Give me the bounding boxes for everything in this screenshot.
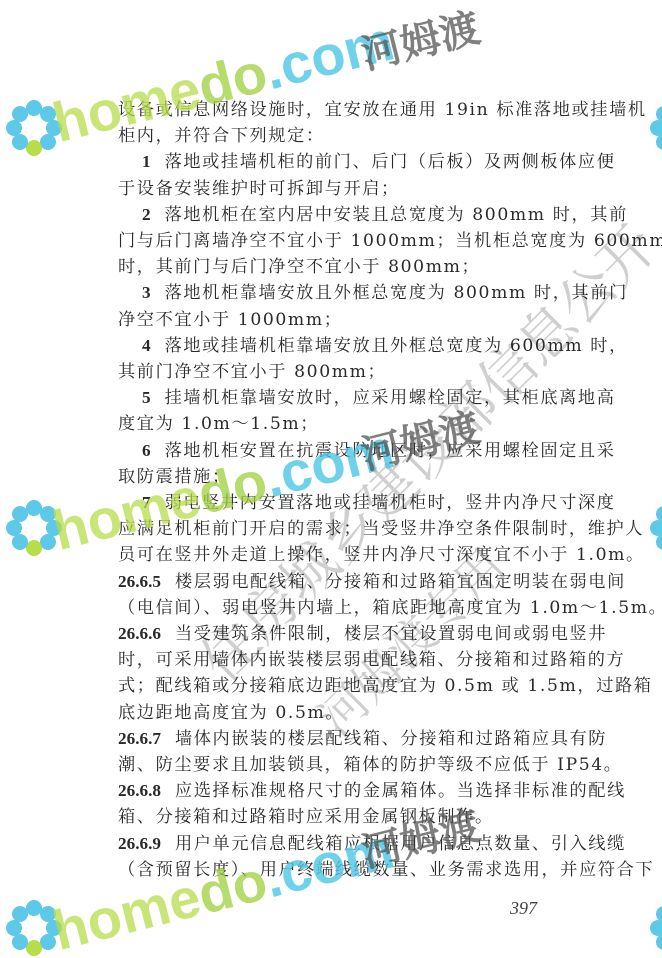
line-text: 其前门净空不宜小于 800mm； (118, 362, 386, 382)
line-text: 门与后门离墙净空不宜小于 1000mm；当机柜总宽度为 600mm (118, 231, 662, 251)
line-text: （电信间）、弱电竖井内墙上，箱底距地高度宜为 1.0m～1.5m。 (118, 598, 662, 618)
line-text: 落地机柜在室内居中安装且总宽度为 800mm 时，其前 (165, 205, 628, 225)
petal-icon (26, 540, 42, 556)
text-line: 取防震措施； (118, 465, 231, 489)
item-number: 3 (142, 283, 151, 302)
line-text: 墙体内嵌装的楼层配线箱、分接箱和过路箱应具有防 (175, 729, 607, 749)
petal-icon (40, 506, 56, 522)
petal-icon (12, 134, 28, 150)
line-text: 应满足机柜前门开启的需求；当受竖井净空条件限制时，维护人 (118, 519, 644, 539)
petal-icon (12, 934, 28, 950)
line-text: 于设备安装维护时可拆卸与开启； (118, 179, 400, 199)
line-text: 员可在竖井外走道上操作，竖井内净尺寸深度宜不小于 1.0m。 (118, 545, 645, 565)
line-text: 设备或信息网络设施时，宜安放在通用 19in 标准落地或挂墙机 (118, 100, 647, 120)
clause-number: 26.6.9 (118, 834, 161, 853)
line-text: 落地或挂墙机柜靠墙安放且外框总宽度为 600mm 时， (165, 336, 628, 356)
list-item-line: 1落地或挂墙机柜的前门、后门（后板）及两侧板体应便 (118, 150, 616, 174)
line-text: 落地或挂墙机柜的前门、后门（后板）及两侧板体应便 (165, 152, 616, 172)
line-text: 应选择标准规格尺寸的金属箱体。当选择非标准的配线 (175, 781, 626, 801)
text-line: 潮、防尘要求且加装锁具，箱体的防护等级不应低于 IP54。 (118, 753, 623, 777)
petal-icon (26, 900, 42, 916)
text-line: 设备或信息网络设施时，宜安放在通用 19in 标准落地或挂墙机 (118, 98, 647, 122)
petal-icon (650, 120, 662, 136)
petal-icon (40, 534, 56, 550)
line-text: 弱电竖井内安置落地或挂墙机柜时，竖井内净尺寸深度 (165, 493, 616, 513)
line-text: 式；配线箱或分接箱底边距地高度宜为 0.5m 或 1.5m，过路箱 (118, 676, 653, 696)
flower-logo-icon (4, 898, 64, 958)
text-line: 于设备安装维护时可拆卸与开启； (118, 177, 400, 201)
petal-icon (656, 906, 662, 922)
line-text: 落地机柜安置在抗震设防地区时，应采用螺栓固定且采 (165, 441, 616, 461)
list-item-line: 3落地机柜靠墙安放且外框总宽度为 800mm 时，其前门 (118, 281, 628, 305)
petal-icon (26, 500, 42, 516)
watermark-cn: 河姆渡 (355, 0, 485, 81)
petal-icon (46, 120, 62, 136)
petal-icon (656, 934, 662, 950)
text-line: 式；配线箱或分接箱底边距地高度宜为 0.5m 或 1.5m，过路箱 (118, 674, 653, 698)
petal-icon (6, 920, 22, 936)
item-number: 7 (142, 493, 151, 512)
line-text: 潮、防尘要求且加装锁具，箱体的防护等级不应低于 IP54。 (118, 755, 623, 775)
petal-icon (656, 506, 662, 522)
petal-icon (26, 940, 42, 956)
item-number: 1 (142, 152, 151, 171)
text-line: 时，可采用墙体内嵌装楼层弱电配线箱、分接箱和过路箱的方 (118, 648, 625, 672)
text-line: 底边距地高度宜为 0.5m。 (118, 701, 344, 725)
clause-number: 26.6.7 (118, 729, 161, 748)
list-item-line: 2落地机柜在室内居中安装且总宽度为 800mm 时，其前 (118, 203, 628, 227)
text-line: 其前门净空不宜小于 800mm； (118, 360, 386, 384)
clause-line: 26.6.9用户单元信息配线箱应根据用户信息点数量、引入线缆 (118, 832, 626, 856)
petal-icon (40, 906, 56, 922)
petal-icon (6, 120, 22, 136)
clause-line: 26.6.6当受建筑条件限制，楼层不宜设置弱电间或弱电竖井 (118, 622, 607, 646)
petal-icon (26, 100, 42, 116)
petal-icon (40, 134, 56, 150)
item-number: 6 (142, 441, 151, 460)
clause-line: 26.6.5楼层弱电配线箱、分接箱和过路箱宜固定明装在弱电间 (118, 570, 626, 594)
petal-icon (650, 920, 662, 936)
list-item-line: 6落地机柜安置在抗震设防地区时，应采用螺栓固定且采 (118, 439, 616, 463)
text-line: （电信间）、弱电竖井内墙上，箱底距地高度宜为 1.0m～1.5m。 (118, 596, 662, 620)
petal-icon (656, 134, 662, 150)
flower-logo-icon-right (648, 98, 662, 158)
text-line: 柜内，并符合下列规定： (118, 124, 325, 148)
line-text: 时，其前门与后门净空不宜小于 800mm； (118, 257, 480, 277)
line-text: 度宜为 1.0m～1.5m； (118, 414, 319, 434)
item-number: 4 (142, 336, 151, 355)
line-text: 楼层弱电配线箱、分接箱和过路箱宜固定明装在弱电间 (175, 572, 626, 592)
line-text: 取防震措施； (118, 467, 231, 487)
flower-logo-icon (4, 98, 64, 158)
petal-icon (46, 520, 62, 536)
petal-icon (12, 106, 28, 122)
petal-icon (656, 534, 662, 550)
list-item-line: 4落地或挂墙机柜靠墙安放且外框总宽度为 600mm 时， (118, 334, 628, 358)
text-line: 应满足机柜前门开启的需求；当受竖井净空条件限制时，维护人 (118, 517, 644, 541)
item-number: 2 (142, 205, 151, 224)
line-text: 落地机柜靠墙安放且外框总宽度为 800mm 时，其前门 (165, 283, 628, 303)
petal-icon (12, 506, 28, 522)
line-text: 柜内，并符合下列规定： (118, 126, 325, 146)
text-line: 时，其前门与后门净空不宜小于 800mm； (118, 255, 480, 279)
line-text: 净空不宜小于 1000mm； (118, 310, 343, 330)
text-line: 净空不宜小于 1000mm； (118, 308, 343, 332)
flower-logo-icon-right (648, 898, 662, 958)
flower-logo-icon-right (648, 498, 662, 558)
item-number: 5 (142, 388, 151, 407)
text-line: 度宜为 1.0m～1.5m； (118, 412, 319, 436)
text-line: 员可在竖井外走道上操作，竖井内净尺寸深度宜不小于 1.0m。 (118, 543, 645, 567)
clause-number: 26.6.5 (118, 572, 161, 591)
text-line: 门与后门离墙净空不宜小于 1000mm；当机柜总宽度为 600mm (118, 229, 662, 253)
petal-icon (650, 520, 662, 536)
line-text: 挂墙机柜靠墙安放时，应采用螺栓固定，其柜底离地高 (165, 388, 616, 408)
page-number: 397 (510, 898, 537, 919)
petal-icon (40, 106, 56, 122)
list-item-line: 5挂墙机柜靠墙安放时，应采用螺栓固定，其柜底离地高 (118, 386, 616, 410)
line-text: 用户单元信息配线箱应根据用户信息点数量、引入线缆 (175, 834, 626, 854)
watermark-com: .com (258, 9, 400, 102)
petal-icon (6, 520, 22, 536)
petal-icon (26, 140, 42, 156)
text-line: 箱、分接箱和过路箱时应采用金属钢板制作。 (118, 805, 494, 829)
line-text: 时，可采用墙体内嵌装楼层弱电配线箱、分接箱和过路箱的方 (118, 650, 625, 670)
line-text: （含预留长度）、用户终端线缆数量、业务需求选用，并应符合下 (118, 860, 654, 880)
petal-icon (656, 106, 662, 122)
petal-icon (12, 906, 28, 922)
text-line: （含预留长度）、用户终端线缆数量、业务需求选用，并应符合下 (118, 858, 654, 882)
clause-number: 26.6.6 (118, 624, 161, 643)
line-text: 当受建筑条件限制，楼层不宜设置弱电间或弱电竖井 (175, 624, 607, 644)
clause-number: 26.6.8 (118, 781, 161, 800)
flower-logo-icon (4, 498, 64, 558)
clause-line: 26.6.7墙体内嵌装的楼层配线箱、分接箱和过路箱应具有防 (118, 727, 607, 751)
line-text: 箱、分接箱和过路箱时应采用金属钢板制作。 (118, 807, 494, 827)
clause-line: 26.6.8应选择标准规格尺寸的金属箱体。当选择非标准的配线 (118, 779, 626, 803)
petal-icon (12, 534, 28, 550)
petal-icon (40, 934, 56, 950)
list-item-line: 7弱电竖井内安置落地或挂墙机柜时，竖井内净尺寸深度 (118, 491, 616, 515)
line-text: 底边距地高度宜为 0.5m。 (118, 703, 344, 723)
petal-icon (46, 920, 62, 936)
